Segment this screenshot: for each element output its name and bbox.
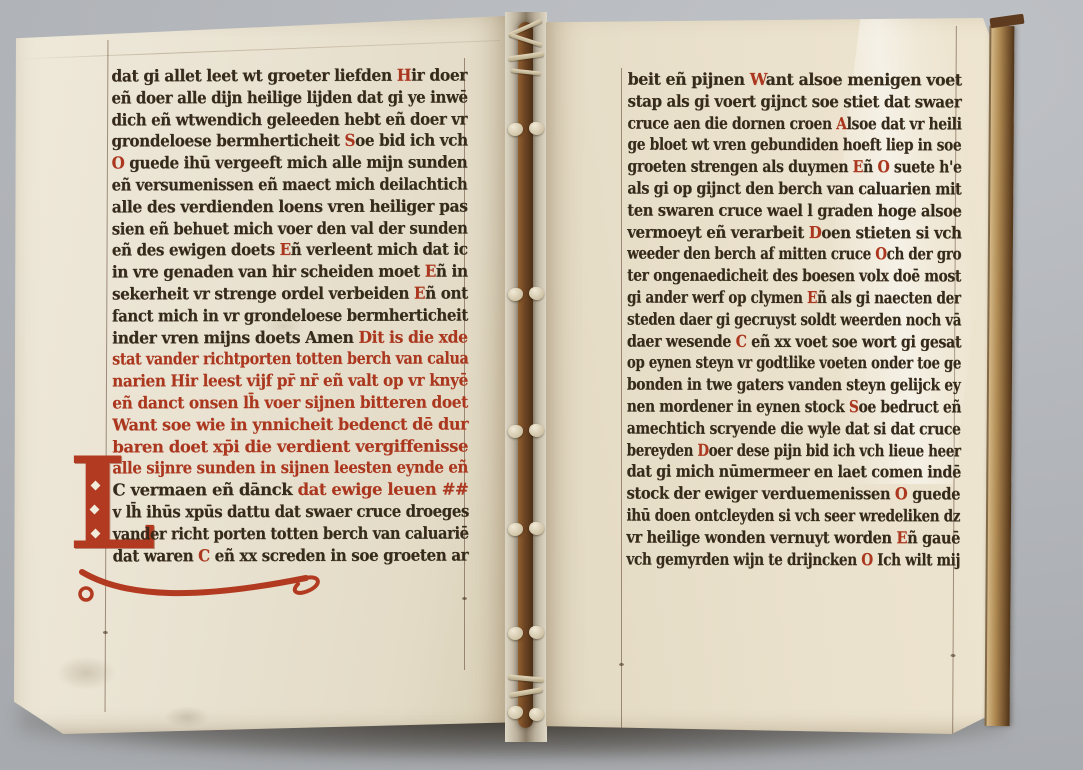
manuscript-text-line: ihū doen ontcleyden si vch seer wredelik… [626, 505, 899, 528]
manuscript-text-line: C vermaen eñ dānck dat ewige leuen ## [112, 480, 466, 503]
manuscript-text-line: vch gemyrden wijn te drijncken O Ich wil… [626, 549, 902, 572]
underlying-page-edge [16, 40, 500, 60]
rubricated-text: O [877, 157, 889, 176]
ink-text: weeder den berch af mitten cruce [627, 244, 875, 264]
sewing-thread-knot [508, 627, 523, 640]
rubricated-text: O [861, 550, 873, 569]
ink-text: amechtich scryende die wyle dat si dat c… [627, 418, 961, 438]
ink-text: bereyden [627, 440, 698, 459]
right-page-text-block: beit eñ pijnen Want alsoe menigen voetst… [626, 70, 961, 572]
manuscript-text-line: ten swaren cruce wael l graden hoge also… [627, 200, 924, 223]
ink-text: grondeloese bermherticheit [112, 131, 345, 151]
ink-text: vander richt porten totten berch van cal… [113, 523, 469, 543]
ink-text: steden daer gi gecruyst soldt weerden no… [627, 309, 961, 329]
sewing-thread-knot [508, 123, 523, 136]
ink-text: daer wesende [627, 331, 736, 350]
ink-text: groeten strengen als duymen [627, 157, 852, 177]
sewing-thread-knot-cluster [505, 120, 547, 140]
manuscript-text-line: Want soe wie in ynnicheit bedenct dē dur [112, 414, 458, 437]
manuscript-book: dat gi allet leet wt groeter liefden Hir… [0, 0, 1083, 770]
ink-text: oen stieten si vch [821, 223, 961, 242]
left-page-text-block: dat gi allet leet wt groeter liefden Hir… [111, 66, 468, 568]
ink-text: sekerheit vr strenge ordel verbeiden [112, 284, 414, 304]
ink-text: bonden in twe gaters vanden steyn gelijc… [627, 375, 961, 395]
ink-text: guede [907, 484, 960, 503]
ink-text: oe bedruct eñ [859, 397, 962, 416]
ink-text: fanct mich in vr grondeloese bermhertich… [112, 305, 468, 325]
manuscript-text-line: stock der ewiger verduemenissen O guede [627, 484, 924, 507]
rubricated-text: S [849, 397, 859, 416]
manuscript-text-line: in vre genaden van hir scheiden moet Eñ … [112, 262, 440, 285]
manuscript-text-line: v lh̄ ihūs xpūs dattu dat swaer cruce dr… [112, 502, 433, 525]
ink-text: ir doer [411, 66, 467, 85]
rubricated-text: D [809, 223, 822, 242]
rubricated-text: alle sijnre sunden in sijnen leesten eyn… [112, 458, 468, 478]
ink-text: eñ des ewigen doets [112, 240, 280, 259]
manuscript-text-line: eñ doer alle dijn heilige lijden dat gi … [111, 87, 434, 110]
rubricated-text: E [807, 288, 817, 307]
manuscript-text-line: gi ander werf op clymen Eñ als gi naecte… [627, 288, 901, 311]
manuscript-text-line: dat waren C eñ xx screden in soe groeten… [113, 545, 439, 568]
sewing-thread-knot [528, 624, 546, 640]
right-page: beit eñ pijnen Want alsoe menigen voetst… [546, 18, 992, 734]
ink-text: suete h'e [889, 157, 961, 176]
parchment-stain [164, 706, 210, 728]
ink-text: dat gi allet leet wt groeter liefden [111, 66, 396, 86]
rubricated-text: C [736, 331, 747, 350]
sewing-thread-knot-cluster [505, 422, 547, 442]
binding-gutter [505, 12, 547, 742]
manuscript-text-line: vr heilige wonden vernuyt worden Eñ gauē [626, 527, 920, 550]
ink-text: eñ xx voet soe wort gi gesat [747, 331, 962, 351]
manuscript-text-line: bereyden Doer dese pijn bid ich vch lieu… [627, 440, 898, 463]
rubricated-text: E [896, 528, 907, 547]
manuscript-text-line: sekerheit vr strenge ordel verbeiden Eñ … [112, 284, 440, 307]
manuscript-text-line: eñ versumenissen eñ maect mich deilachti… [112, 175, 429, 198]
fore-edge-page-stack [985, 26, 1015, 726]
manuscript-text-line: nen mordener in eynen stock Soe bedruct … [627, 397, 907, 420]
ink-text: eñ versumenissen eñ maect mich deilachti… [112, 175, 468, 195]
ink-text: ñ als gi naecten der [817, 288, 961, 307]
initial-tail-flourish [76, 564, 336, 620]
sewing-thread-knot [508, 288, 523, 301]
manuscript-text-line: dich eñ wtwendich geleeden hebt eñ doer … [111, 109, 434, 132]
ink-text: lsoe dat vr heili [847, 114, 962, 133]
manuscript-text-line: baren doet xp̄i die verdient vergiffenis… [112, 436, 466, 459]
manuscript-text-line: eñ danct onsen lh̄ voer sijnen bitteren … [112, 393, 444, 416]
manuscript-text-line: cruce aen die dornen croen Alsoe dat vr … [627, 113, 907, 136]
manuscript-text-line: inder vren mijns doets Amen Dit is die x… [112, 327, 448, 350]
ink-text: ñ in [436, 262, 468, 281]
ink-text: stap als gi voert gijnct soe stiet dat s… [628, 91, 962, 111]
manuscript-text-line: stat vander richtporten totten berch van… [112, 349, 420, 372]
manuscript-text-line: daer wesende C eñ xx voet soe wort gi ge… [627, 331, 915, 354]
manuscript-text-line: steden daer gi gecruyst soldt weerden no… [627, 309, 898, 332]
sewing-thread-knot [528, 520, 546, 536]
ink-text: ch der gro [887, 245, 962, 264]
ink-text: C vermaen eñ dānck [112, 480, 297, 499]
manuscript-text-line: grondeloese bermherticheit Soe bid ich v… [112, 131, 440, 154]
sewing-thread-knot-cluster [505, 285, 547, 305]
rubricated-text: O [112, 154, 125, 173]
manuscript-text-line: op eynen steyn vr godtlike voeten onder … [627, 353, 897, 376]
rubricated-text: dat ewige leuen ## [298, 480, 469, 499]
manuscript-text-line: weeder den berch af mitten cruce Och der… [627, 244, 899, 267]
sewing-thread-knot-cluster [505, 624, 547, 644]
manuscript-text-line: stap als gi voert gijnct soe stiet dat s… [628, 91, 931, 114]
rubricated-text: baren doet xp̄i die verdient vergiffenis… [112, 436, 468, 456]
rubricated-text: E [280, 240, 291, 259]
manuscript-text-line: dat gi allet leet wt groeter liefden Hir… [111, 66, 445, 89]
ink-text: v lh̄ ihūs xpūs dattu dat swaer cruce dr… [112, 501, 468, 521]
manuscript-text-line: narien Hir leest vijf pr̄ nr̄ eñ valt op… [112, 371, 441, 394]
ink-text: cruce aen die dornen croen [627, 113, 836, 133]
ink-text: gi ander werf op clymen [627, 288, 807, 307]
ink-text: eñ doer alle dijn heilige lijden dat gi … [111, 87, 467, 107]
photo-scene: dat gi allet leet wt groeter liefden Hir… [0, 0, 1083, 770]
ink-text: guede ihū vergeeft mich alle mijn sunden [124, 153, 467, 173]
manuscript-text-line: vermoeyt eñ verarbeit Doen stieten si vc… [627, 222, 930, 245]
sewing-thread-knot [508, 425, 523, 438]
manuscript-text-line: O guede ihū vergeeft mich alle mijn sund… [112, 153, 438, 176]
rubricated-text: E [425, 262, 436, 281]
manuscript-text-line: groeten strengen als duymen Eñ O suete h… [627, 157, 911, 180]
ink-text: ihū doen ontcleyden si vch seer wredelik… [626, 505, 960, 525]
manuscript-text-line: eñ des ewigen doets Eñ verleent mich dat… [112, 240, 437, 263]
manuscript-text-line: amechtich scryende die wyle dat si dat c… [627, 418, 908, 441]
ink-text: ñ [863, 157, 877, 176]
ink-text: sien eñ behuet mich voer den val der sun… [112, 218, 468, 238]
manuscript-text-line: ter ongenaedicheit des boesen volx doē m… [627, 266, 907, 289]
ink-text: ñ verleent mich dat ic [291, 240, 468, 259]
sewing-thread-knot [528, 120, 546, 136]
rubricated-text: eñ danct onsen lh̄ voer sijnen bitteren … [112, 392, 468, 412]
rubricated-text: S [344, 131, 355, 150]
ink-text: dat gi mich nūmermeer en laet comen indē [627, 462, 961, 482]
ink-text: als gi op gijnct den berch van caluarien… [627, 179, 961, 199]
manuscript-text-line: beit eñ pijnen Want alsoe menigen voet [628, 70, 947, 93]
manuscript-text-line: als gi op gijnct den berch van caluarien… [627, 179, 916, 202]
ink-text: alle des verdienden loens vren heiliger … [112, 196, 468, 216]
manuscript-text-line: alle des verdienden loens vren heiliger … [112, 196, 446, 219]
ink-text: stock der ewiger verduemenissen [627, 484, 895, 504]
ink-text: vermoeyt eñ verarbeit [627, 222, 809, 241]
ink-text: dich eñ wtwendich geleeden hebt eñ doer … [111, 109, 467, 129]
ink-text: ant alsoe menigen voet [766, 70, 962, 90]
rubricated-text: O [875, 245, 886, 264]
manuscript-text-line: vander richt porten totten berch van cal… [113, 523, 428, 546]
ink-text: ten swaren cruce wael l graden hoge also… [627, 200, 961, 220]
rubricated-text: H [397, 66, 411, 85]
ink-text: in vre genaden van hir scheiden moet [112, 262, 425, 282]
rubricated-text: A [836, 114, 846, 133]
left-page: dat gi allet leet wt groeter liefden Hir… [14, 16, 506, 734]
rubricated-text: D [697, 440, 708, 459]
ink-text: ter ongenaedicheit des boesen volx doē m… [627, 266, 961, 286]
rubricated-text: C [198, 546, 210, 565]
rubricated-text: narien Hir leest vijf pr̄ nr̄ eñ valt op… [112, 371, 468, 391]
manuscript-text-line: bonden in twe gaters vanden steyn gelijc… [627, 375, 907, 398]
rubricated-text: Dit is die xde [358, 327, 467, 346]
manuscript-text-line: ge bloet wt vren gebundiden hoeft liep i… [627, 135, 905, 158]
ink-text: vr heilige wonden vernuyt worden [626, 527, 896, 547]
rubricated-text: Want soe wie in ynnicheit bedenct dē dur [112, 414, 468, 434]
ink-text: vch gemyrden wijn te drijncken [626, 549, 861, 569]
ink-text: op eynen steyn vr godtlike voeten onder … [627, 353, 961, 373]
parchment-stain [56, 656, 116, 690]
ink-text: oer dese pijn bid ich vch lieue heer [709, 440, 961, 460]
sewing-thread-knot-cluster [505, 520, 547, 540]
ink-text: nen mordener in eynen stock [627, 397, 849, 417]
manuscript-text-line: alle sijnre sunden in sijnen leesten eyn… [112, 458, 434, 481]
ink-text: eñ xx screden in soe groeten ar [210, 545, 469, 565]
sewing-thread-knot [528, 422, 546, 438]
manuscript-text-line: dat gi mich nūmermeer en laet comen indē [627, 462, 918, 485]
rubricated-text: stat vander richtporten totten berch van… [112, 349, 468, 369]
ink-text: ñ gauē [907, 528, 960, 547]
sewing-thread-knot [508, 523, 523, 536]
sewing-thread-knot [528, 285, 546, 301]
manuscript-text-line: fanct mich in vr grondeloese bermhertich… [112, 305, 434, 328]
ink-text: beit eñ pijnen [628, 70, 750, 89]
right-page-ruling-line-left [621, 68, 622, 744]
ink-text: dat waren [113, 546, 199, 565]
ink-text: ñ ont [425, 284, 468, 303]
ink-text: ge bloet wt vren gebundiden hoeft liep i… [627, 135, 961, 155]
ink-text: Ich wilt mij [873, 550, 960, 569]
rubricated-text: W [750, 70, 766, 89]
ink-text: inder vren mijns doets Amen [112, 327, 358, 347]
rubricated-text: E [414, 284, 425, 303]
ink-text: oe bid ich vch [355, 131, 468, 150]
rubricated-text: O [895, 484, 907, 503]
rubricated-text: E [853, 157, 863, 176]
manuscript-text-line: sien eñ behuet mich voer den val der sun… [112, 218, 430, 241]
